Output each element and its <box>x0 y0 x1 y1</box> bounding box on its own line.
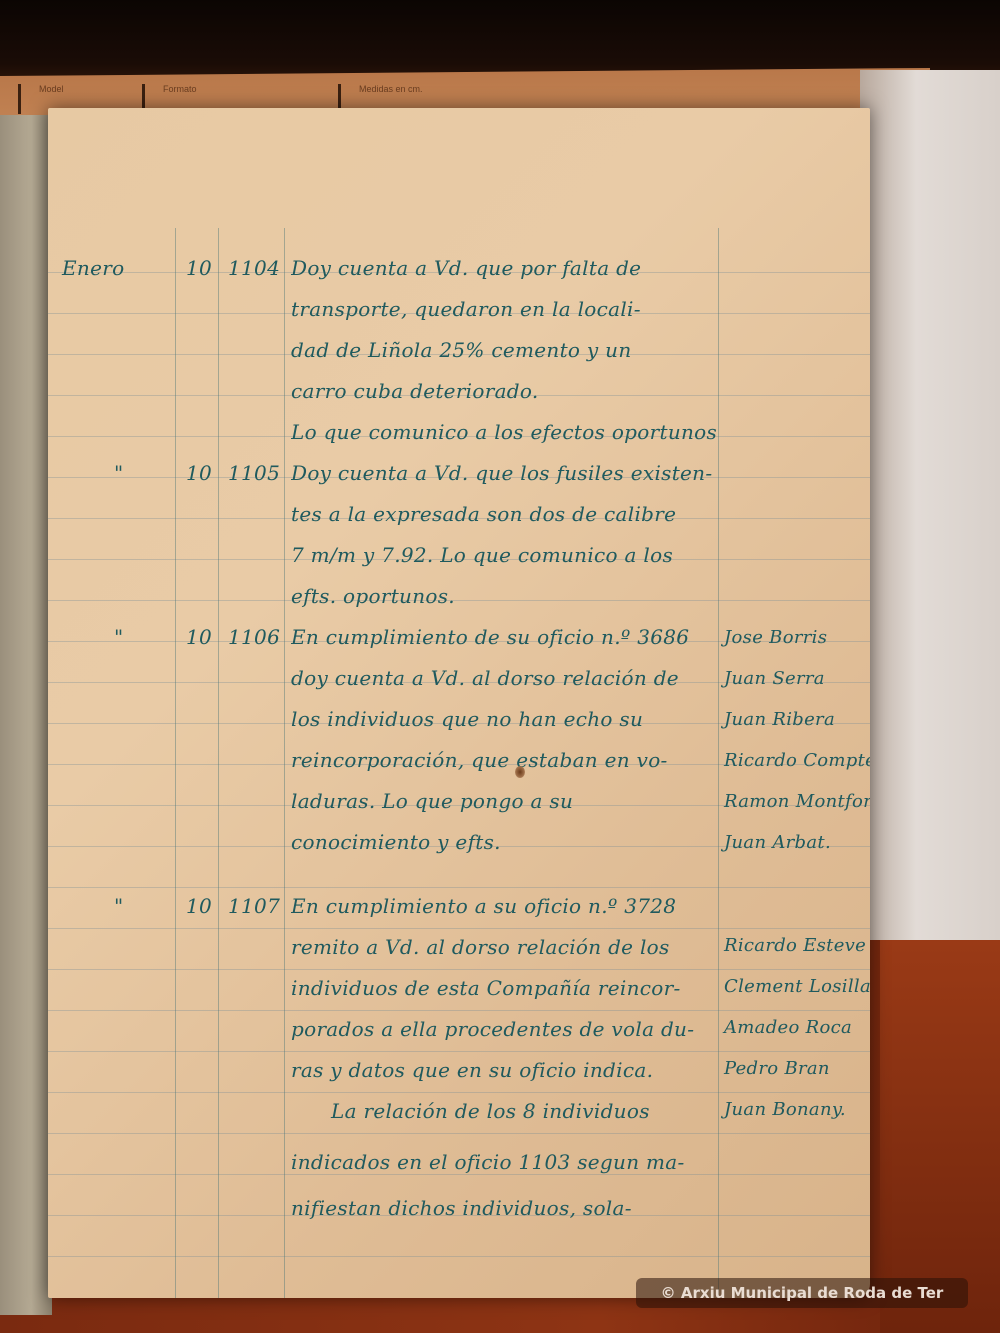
photo-scene: Model Formato Medidas en cm. Enero 10 11… <box>0 0 1000 1333</box>
entry-3-line-3: los individuos que no han echo su <box>291 707 731 731</box>
entry-4-line-2: remito a Vd. al dorso relación de los <box>291 935 731 959</box>
entry-4-day: 10 <box>186 894 212 918</box>
entry-4-number: 1107 <box>228 894 280 918</box>
entry-3-number: 1106 <box>228 625 280 649</box>
entry-3-line-6: conocimiento y efts. <box>291 830 731 854</box>
entry-2-line-1: Doy cuenta a Vd. que los fusiles existen… <box>291 461 731 485</box>
entry-1-line-5: Lo que comunico a los efectos oportunos <box>291 420 731 444</box>
entry-1-number: 1104 <box>228 256 280 280</box>
entry-3-line-5: laduras. Lo que pongo a su <box>291 789 731 813</box>
entry-4-line-1: En cumplimiento a su oficio n.º 3728 <box>291 894 731 918</box>
notebook-cover <box>0 115 52 1315</box>
entry-1-line-4: carro cuba deteriorado. <box>291 379 731 403</box>
entry-4-name-3: Amadeo Roca <box>724 1017 852 1038</box>
ink-stain <box>515 766 525 778</box>
entry-4-line-6: La relación de los 8 individuos <box>291 1099 771 1123</box>
entry-2-month: " <box>114 461 124 485</box>
entry-4-line-8: nifiestan dichos individuos, sola- <box>291 1196 731 1220</box>
entry-3-name-5: Ramon Montfort <box>724 791 870 812</box>
entry-1-line-1: Doy cuenta a Vd. que por falta de <box>291 256 731 280</box>
entry-3-line-1: En cumplimiento de su oficio n.º 3686 <box>291 625 731 649</box>
entry-1-month: Enero <box>62 256 124 280</box>
entry-2-line-4: efts. oportunos. <box>291 584 731 608</box>
entry-3-name-4: Ricardo Compte <box>724 750 870 771</box>
ledger-page: Enero 10 1104 Doy cuenta a Vd. que por f… <box>48 108 870 1298</box>
entry-4-name-1: Ricardo Esteve <box>724 935 866 956</box>
wooden-table-edge <box>880 940 1000 1333</box>
white-box <box>860 70 1000 970</box>
entry-4-name-5: Juan Bonany. <box>724 1099 846 1120</box>
entry-4-name-4: Pedro Bran <box>724 1058 830 1079</box>
entry-3-line-4: reincorporación, que estaban en vo- <box>291 748 731 772</box>
entry-4-line-4: porados a ella procedentes de vola du- <box>291 1017 731 1041</box>
entry-2-line-3: 7 m/m y 7.92. Lo que comunico a los <box>291 543 731 567</box>
entry-4-line-7: indicados en el oficio 1103 segun ma- <box>291 1150 731 1174</box>
entry-3-day: 10 <box>186 625 212 649</box>
copyright-watermark: © Arxiu Municipal de Roda de Ter <box>636 1278 968 1308</box>
entry-3-name-6: Juan Arbat. <box>724 832 831 853</box>
entry-3-line-2: doy cuenta a Vd. al dorso relación de <box>291 666 731 690</box>
entry-4-name-2: Clement Losilla <box>724 976 870 997</box>
entry-3-name-3: Juan Ribera <box>724 709 835 730</box>
entry-3-name-1: Jose Borris <box>724 627 827 648</box>
entry-3-name-2: Juan Serra <box>724 668 825 689</box>
entry-2-day: 10 <box>186 461 212 485</box>
entry-1-day: 10 <box>186 256 212 280</box>
entry-4-line-5: ras y datos que en su oficio indica. <box>291 1058 731 1082</box>
entry-1-line-2: transporte, quedaron en la locali- <box>291 297 731 321</box>
entry-3-month: " <box>114 625 124 649</box>
entry-1-line-3: dad de Liñola 25% cemento y un <box>291 338 731 362</box>
entry-2-line-2: tes a la expresada son dos de calibre <box>291 502 731 526</box>
entry-2-number: 1105 <box>228 461 280 485</box>
entry-4-month: " <box>114 894 124 918</box>
entry-4-line-3: individuos de esta Compañía reincor- <box>291 976 731 1000</box>
